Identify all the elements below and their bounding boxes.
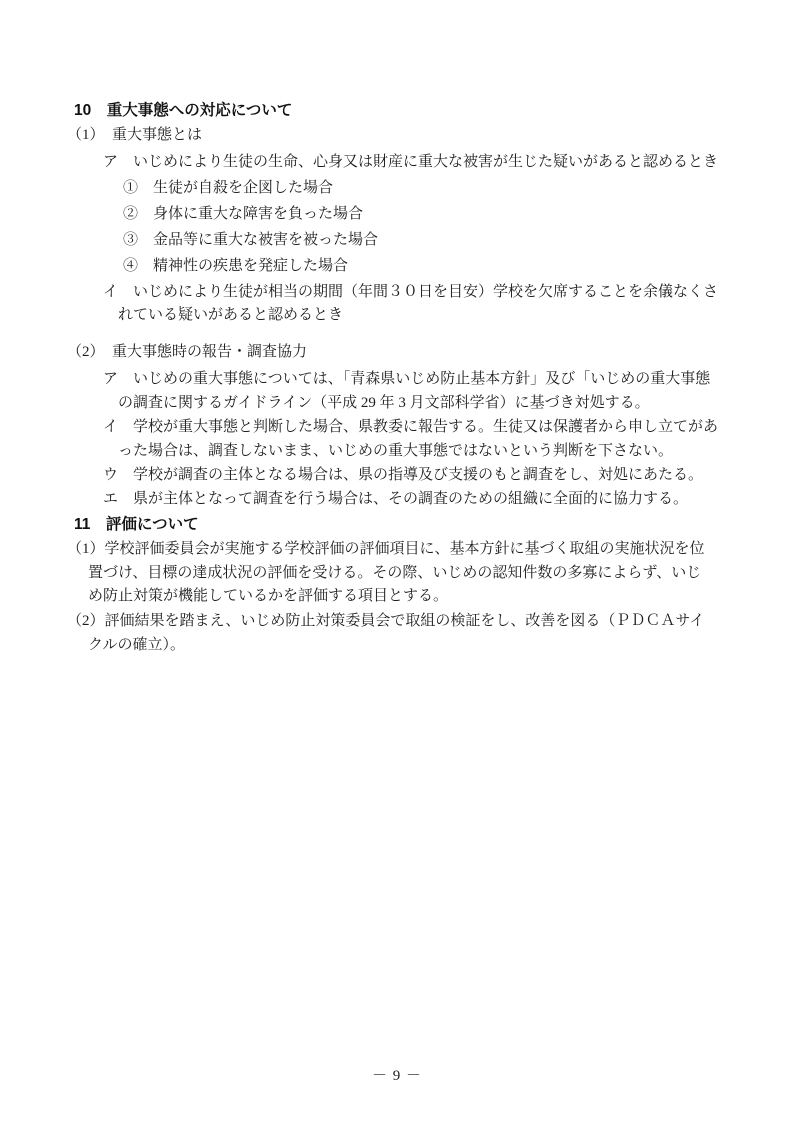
section-11-item-2: （2）評価結果を踏まえ、いじめ防止対策委員会で取組の検証をし、改善を図る（ＰＤＣ… — [0, 610, 732, 658]
section-10-sub-1-item-b: イ いじめにより生徒が相当の期間（年間３０日を目安）学校を欠席することを余儀なく… — [0, 281, 732, 329]
section-10-sub-1-label: （1） 重大事態とは — [67, 124, 732, 148]
section-10-point-1: ① 生徒が自殺を企図した場合 — [123, 177, 732, 201]
section-11-heading: 11 評価について — [74, 513, 732, 537]
section-10-point-2: ② 身体に重大な障害を負った場合 — [123, 203, 732, 227]
document-page: 10 重大事態への対応について （1） 重大事態とは ア いじめにより生徒の生命… — [0, 0, 794, 1123]
page-number: － 9 － — [0, 1066, 794, 1086]
section-10-sub-2-item-a: ア いじめの重大事態については、「青森県いじめ防止基本方針」及び「いじめの重大事… — [0, 368, 732, 416]
section-10-heading: 10 重大事態への対応について — [74, 99, 732, 123]
section-10-sub-2-item-b: イ 学校が重大事態と判断した場合、県教委に報告する。生徒又は保護者から申し立てが… — [0, 416, 732, 464]
section-10-sub-2-label: （2） 重大事態時の報告・調査協力 — [67, 341, 732, 365]
section-11-item-1: （1）学校評価委員会が実施する学校評価の評価項目に、基本方針に基づく取組の実施状… — [0, 538, 732, 609]
document-content: 10 重大事態への対応について （1） 重大事態とは ア いじめにより生徒の生命… — [0, 99, 732, 658]
section-10-sub-2-item-c: ウ 学校が調査の主体となる場合は、県の指導及び支援のもと調査をし、対処にあたる。 — [0, 464, 732, 488]
section-10-point-3: ③ 金品等に重大な被害を被った場合 — [123, 229, 732, 253]
section-10-point-4: ④ 精神性の疾患を発症した場合 — [123, 255, 732, 279]
section-10-sub-2-item-d: エ 県が主体となって調査を行う場合は、その調査のための組織に全面的に協力する。 — [0, 488, 732, 512]
section-10-sub-1-item-a: ア いじめにより生徒の生命、心身又は財産に重大な被害が生じた疑いがあると認めると… — [0, 151, 732, 175]
